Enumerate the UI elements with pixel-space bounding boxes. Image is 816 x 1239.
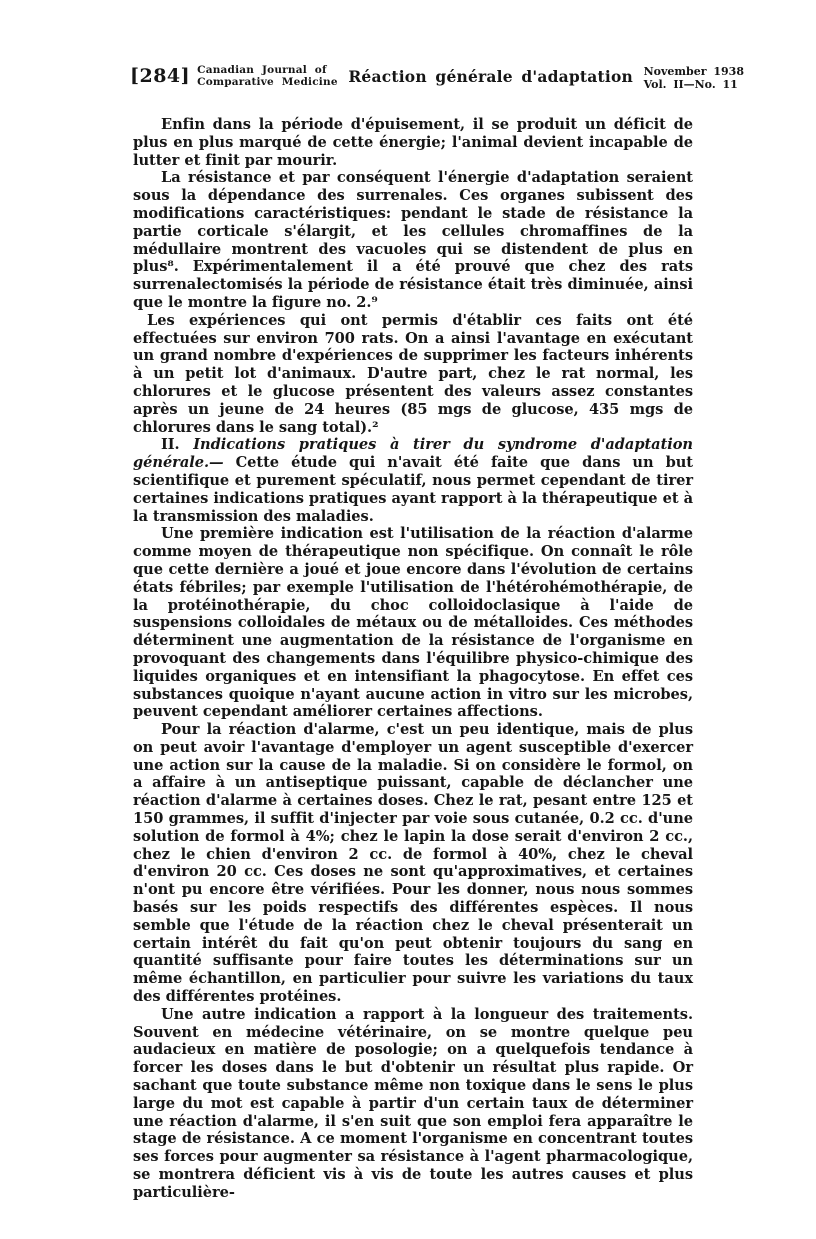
journal-page: [284] Canadian Journal of Comparative Me… — [0, 0, 816, 1239]
paragraph: La résistance et par conséquent l'énergi… — [133, 169, 693, 311]
paragraph: Une autre indication a rapport à la long… — [133, 1006, 693, 1202]
paragraph: Les expériences qui ont permis d'établir… — [133, 312, 693, 437]
issue-info: November 1938 Vol. II—No. 11 — [644, 64, 744, 91]
running-title: Réaction générale d'adaptation — [348, 64, 633, 86]
header-left: [284] Canadian Journal of Comparative Me… — [130, 64, 338, 88]
section-number: II. — [161, 436, 193, 453]
page-header: [284] Canadian Journal of Comparative Me… — [130, 64, 744, 91]
issue-date: November 1938 — [644, 66, 744, 79]
paragraph: Enfin dans la période d'épuisement, il s… — [133, 116, 693, 169]
issue-volume: Vol. II—No. 11 — [644, 79, 744, 92]
page-number: [284] — [130, 65, 190, 87]
paragraph: Pour la réaction d'alarme, c'est un peu … — [133, 721, 693, 1006]
journal-name-line2: Comparative Medicine — [197, 77, 338, 89]
paragraph-section-heading: II. Indications pratiques à tirer du syn… — [133, 436, 693, 525]
article-body: Enfin dans la période d'épuisement, il s… — [133, 116, 693, 1202]
paragraph: Une première indication est l'utilisatio… — [133, 525, 693, 721]
journal-name: Canadian Journal of Comparative Medicine — [197, 64, 338, 88]
journal-name-line1: Canadian Journal of — [197, 65, 338, 77]
